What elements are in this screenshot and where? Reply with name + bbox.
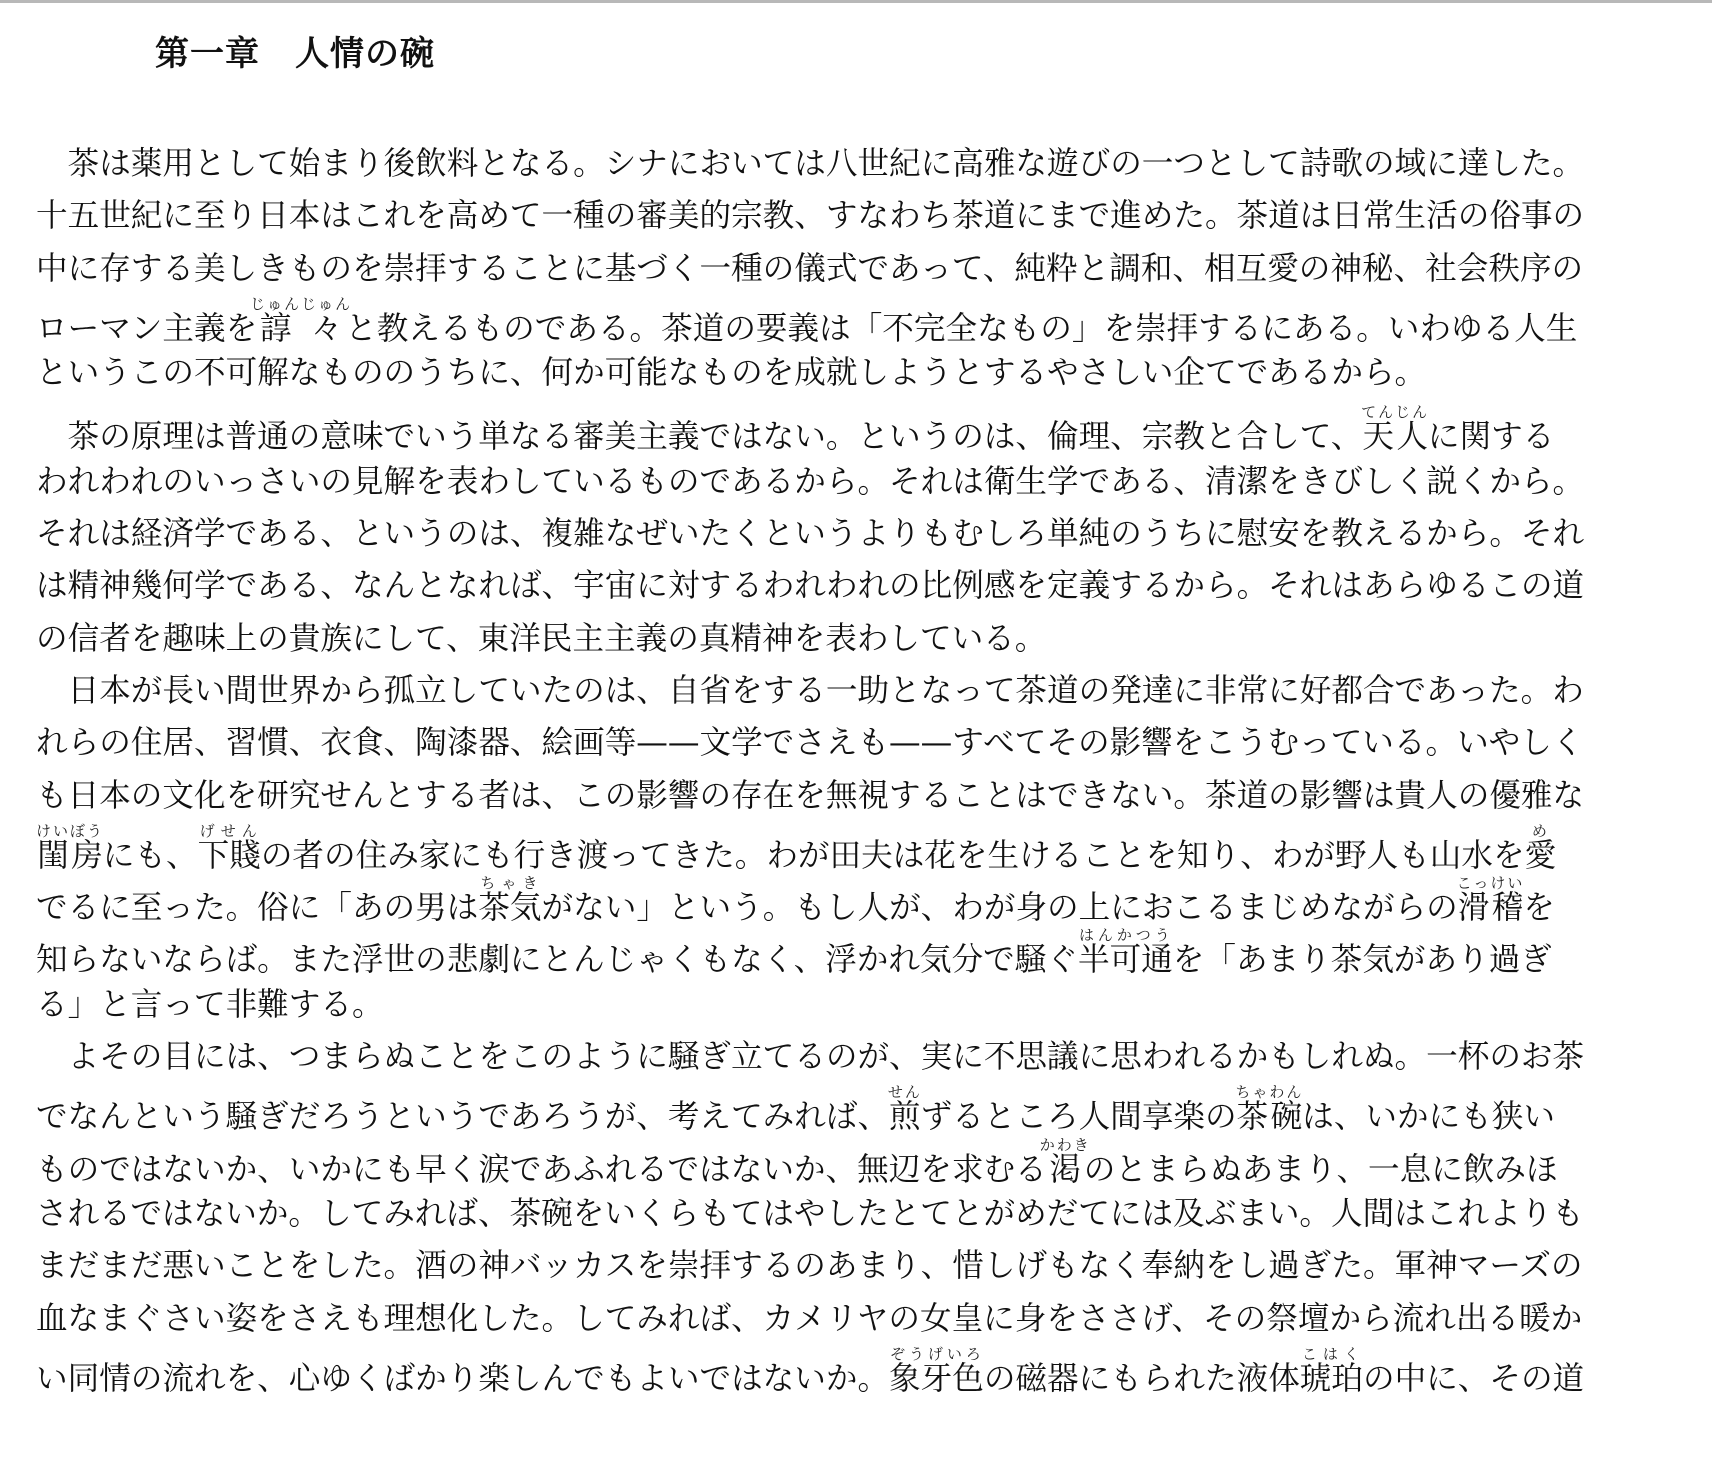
ruby-base: 諄々 xyxy=(250,311,352,347)
text-run: れらの住居、習慣、衣食、陶漆器、絵画等——文学でさえも——すべてその影響をこうむ… xyxy=(36,725,1583,761)
ruby-reading: め xyxy=(1525,822,1557,840)
furigana-word: 煎せん xyxy=(889,1099,921,1135)
text-run: ものではないか、いかにも早く涙であふれるではないか、無辺を求むる xyxy=(36,1152,1047,1188)
furigana-word: 象牙色ぞうげいろ xyxy=(889,1361,984,1397)
text-run: は精神幾何学である、なんとなれば、宇宙に対するわれわれの比例感を定義するから。そ… xyxy=(36,568,1584,604)
ruby-reading: こっけい xyxy=(1457,874,1525,892)
ruby-base: 天人 xyxy=(1361,419,1429,455)
text-line: 閨房けいぼうにも、下賤げせんの者の住み家にも行き渡ってきた。わが田夫は花を生ける… xyxy=(36,822,1676,874)
ruby-reading: ちゃき xyxy=(478,874,541,892)
paragraph: よその目には、つまらぬことをこのように騒ぎ立てるのが、実に不思議に思われるかもし… xyxy=(36,1031,1676,1397)
ruby-reading: はんかつう xyxy=(1078,926,1173,944)
text-run: よその目には、つまらぬことをこのように騒ぎ立てるのが、実に不思議に思われるかもし… xyxy=(36,1039,1584,1075)
text-line: でるに至った。俗に「あの男は茶気ちゃきがない」という。もし人が、わが身の上におこ… xyxy=(36,874,1676,926)
text-run: を xyxy=(1523,890,1555,926)
ruby-base: 愛 xyxy=(1525,838,1557,874)
text-line: れらの住居、習慣、衣食、陶漆器、絵画等——文学でさえも——すべてその影響をこうむ… xyxy=(36,717,1676,769)
text-run: を「あまり茶気があり過ぎ xyxy=(1173,942,1552,978)
text-run: でなんという騒ぎだろうというであろうが、考えてみれば、 xyxy=(36,1099,889,1135)
furigana-word: 渇かわき xyxy=(1047,1152,1084,1188)
text-run: い同情の流れを、心ゆくばかり楽しんでもよいではないか。 xyxy=(36,1361,889,1397)
ruby-base: 茶碗 xyxy=(1235,1099,1303,1135)
ruby-base: 琥珀 xyxy=(1300,1361,1363,1397)
text-line: は精神幾何学である、なんとなれば、宇宙に対するわれわれの比例感を定義するから。そ… xyxy=(36,560,1676,612)
text-line: われわれのいっさいの見解を表わしているものであるから。それは衛生学である、清潔を… xyxy=(36,456,1676,508)
text-run: 血なまぐさい姿をさえも理想化した。してみれば、カメリヤの女皇に身をささげ、その祭… xyxy=(36,1301,1582,1337)
text-line: でなんという騒ぎだろうというであろうが、考えてみれば、煎せんずるところ人間享楽の… xyxy=(36,1083,1676,1135)
furigana-word: 愛め xyxy=(1525,838,1557,874)
text-line: い同情の流れを、心ゆくばかり楽しんでもよいではないか。象牙色ぞうげいろの磁器にも… xyxy=(36,1345,1676,1397)
top-border xyxy=(0,0,1712,3)
ruby-reading: かわき xyxy=(1040,1136,1091,1154)
text-line: ものではないか、いかにも早く涙であふれるではないか、無辺を求むる渇かわきのとまら… xyxy=(36,1136,1676,1188)
text-run: 茶の原理は普通の意味でいう単なる審美主義ではない。というのは、倫理、宗教と合して… xyxy=(36,419,1362,455)
text-run: ずるところ人間享楽の xyxy=(921,1099,1237,1135)
ruby-base: 下賤 xyxy=(198,838,261,874)
text-run: 茶は薬用として始まり後飲料となる。シナにおいては八世紀に高雅な遊びの一つとして詩… xyxy=(36,146,1584,182)
ruby-base: 閨房 xyxy=(36,838,104,874)
text-run: 知らないならば。また浮世の悲劇にとんじゃくもなく、浮かれ気分で騒ぐ xyxy=(36,942,1078,978)
text-line: 中に存する美しきものを崇拝することに基づく一種の儀式であって、純粋と調和、相互愛… xyxy=(36,243,1676,295)
text-run: されるではないか。してみれば、茶碗をいくらもてはやしたとてとがめだてには及ぶまい… xyxy=(36,1196,1584,1232)
furigana-word: 天人てんじん xyxy=(1362,419,1428,455)
paragraph: 茶は薬用として始まり後飲料となる。シナにおいては八世紀に高雅な遊びの一つとして詩… xyxy=(36,138,1676,399)
text-line: の信者を趣味上の貴族にして、東洋民主主義の真精神を表わしている。 xyxy=(36,613,1676,665)
text-line: それは経済学である、というのは、複雑なぜいたくというよりもむしろ単純のうちに慰安… xyxy=(36,508,1676,560)
text-line: も日本の文化を研究せんとする者は、この影響の存在を無視することはできない。茶道の… xyxy=(36,770,1676,822)
furigana-word: 諄々じゅんじゅん xyxy=(257,311,345,347)
text-run: の磁器にもられた液体 xyxy=(984,1361,1300,1397)
ruby-reading: ぞうげいろ xyxy=(889,1345,984,1363)
text-run: も日本の文化を研究せんとする者は、この影響の存在を無視することはできない。茶道の… xyxy=(36,778,1584,814)
paragraph: 日本が長い間世界から孤立していたのは、自省をする一助となって茶道の発達に非常に好… xyxy=(36,665,1676,1031)
furigana-word: 琥珀こはく xyxy=(1300,1361,1363,1397)
paragraph: 茶の原理は普通の意味でいう単なる審美主義ではない。というのは、倫理、宗教と合して… xyxy=(36,403,1676,664)
text-run: にも、 xyxy=(103,838,198,874)
text-line: というこの不可解なもののうちに、何か可能なものを成就しようとするやさしい企てであ… xyxy=(36,347,1676,399)
ruby-base: 象牙色 xyxy=(889,1361,984,1397)
ruby-reading: こはく xyxy=(1300,1345,1363,1363)
text-line: 茶は薬用として始まり後飲料となる。シナにおいては八世紀に高雅な遊びの一つとして詩… xyxy=(36,138,1676,190)
text-run: の信者を趣味上の貴族にして、東洋民主主義の真精神を表わしている。 xyxy=(36,621,1046,657)
text-run: の中に、その道 xyxy=(1363,1361,1584,1397)
text-run: それは経済学である、というのは、複雑なぜいたくというよりもむしろ単純のうちに慰安… xyxy=(36,516,1584,552)
ruby-reading: ちゃわん xyxy=(1235,1083,1303,1101)
text-run: の者の住み家にも行き渡ってきた。わが田夫は花を生けることを知り、わが野人も山水を xyxy=(261,838,1525,874)
text-run: 日本が長い間世界から孤立していたのは、自省をする一助となって茶道の発達に非常に好… xyxy=(36,673,1584,709)
text-run: われわれのいっさいの見解を表わしているものであるから。それは衛生学である、清潔を… xyxy=(36,464,1584,500)
furigana-word: 下賤げせん xyxy=(198,838,261,874)
text-line: 日本が長い間世界から孤立していたのは、自省をする一助となって茶道の発達に非常に好… xyxy=(36,665,1676,717)
text-run: 十五世紀に至り日本はこれを高めて一種の審美的宗教、すなわち茶道にまで進めた。茶道… xyxy=(36,198,1584,234)
text-run: 中に存する美しきものを崇拝することに基づく一種の儀式であって、純粋と調和、相互愛… xyxy=(36,251,1583,287)
text-run: のとまらぬあまり、一息に飲みほ xyxy=(1084,1152,1558,1188)
text-line: まだまだ悪いことをした。酒の神バッカスを崇拝するのあまり、惜しげもなく奉納をし過… xyxy=(36,1240,1676,1292)
furigana-word: 茶気ちゃき xyxy=(478,890,541,926)
text-line: よその目には、つまらぬことをこのように騒ぎ立てるのが、実に不思議に思われるかもし… xyxy=(36,1031,1676,1083)
furigana-word: 閨房けいぼう xyxy=(36,838,103,874)
text-line: ローマン主義を諄々じゅんじゅんと教えるものである。茶道の要義は「不完全なもの」を… xyxy=(36,295,1676,347)
text-run: る」と言って非難する。 xyxy=(36,987,384,1023)
text-line: 血なまぐさい姿をさえも理想化した。してみれば、カメリヤの女皇に身をささげ、その祭… xyxy=(36,1293,1676,1345)
ruby-reading: じゅんじゅん xyxy=(250,295,352,313)
ruby-reading: せん xyxy=(888,1083,922,1101)
text-run: は、いかにも狭い xyxy=(1302,1099,1555,1135)
ruby-reading: てんじん xyxy=(1361,403,1429,421)
ruby-reading: げせん xyxy=(198,822,261,840)
text-line: されるではないか。してみれば、茶碗をいくらもてはやしたとてとがめだてには及ぶまい… xyxy=(36,1188,1676,1240)
text-run: と教えるものである。茶道の要義は「不完全なもの」を崇拝するにある。いわゆる人生 xyxy=(345,311,1577,347)
text-run: がない」という。もし人が、わが身の上におこるまじめながらの xyxy=(542,890,1458,926)
text-run: ローマン主義を xyxy=(36,311,257,347)
ruby-base: 滑稽 xyxy=(1457,890,1525,926)
text-line: 知らないならば。また浮世の悲劇にとんじゃくもなく、浮かれ気分で騒ぐ半可通はんかつ… xyxy=(36,926,1676,978)
text-run: でるに至った。俗に「あの男は xyxy=(36,890,478,926)
chapter-title: 第一章 人情の碗 xyxy=(155,30,435,78)
furigana-word: 茶碗ちゃわん xyxy=(1237,1099,1303,1135)
furigana-word: 半可通はんかつう xyxy=(1078,942,1173,978)
ruby-base: 煎 xyxy=(888,1099,922,1135)
text-line: る」と言って非難する。 xyxy=(36,979,1676,1031)
document-body: 茶は薬用として始まり後飲料となる。シナにおいては八世紀に高雅な遊びの一つとして詩… xyxy=(36,138,1676,1397)
text-run: に関する xyxy=(1428,419,1554,455)
text-run: というこの不可解なもののうちに、何か可能なものを成就しようとするやさしい企てであ… xyxy=(36,355,1426,391)
ruby-base: 半可通 xyxy=(1078,942,1173,978)
ruby-reading: けいぼう xyxy=(36,822,104,840)
furigana-word: 滑稽こっけい xyxy=(1458,890,1523,926)
ruby-base: 茶気 xyxy=(478,890,541,926)
text-line: 茶の原理は普通の意味でいう単なる審美主義ではない。というのは、倫理、宗教と合して… xyxy=(36,403,1676,455)
text-line: 十五世紀に至り日本はこれを高めて一種の審美的宗教、すなわち茶道にまで進めた。茶道… xyxy=(36,190,1676,242)
text-run: まだまだ悪いことをした。酒の神バッカスを崇拝するのあまり、惜しげもなく奉納をし過… xyxy=(36,1248,1583,1284)
